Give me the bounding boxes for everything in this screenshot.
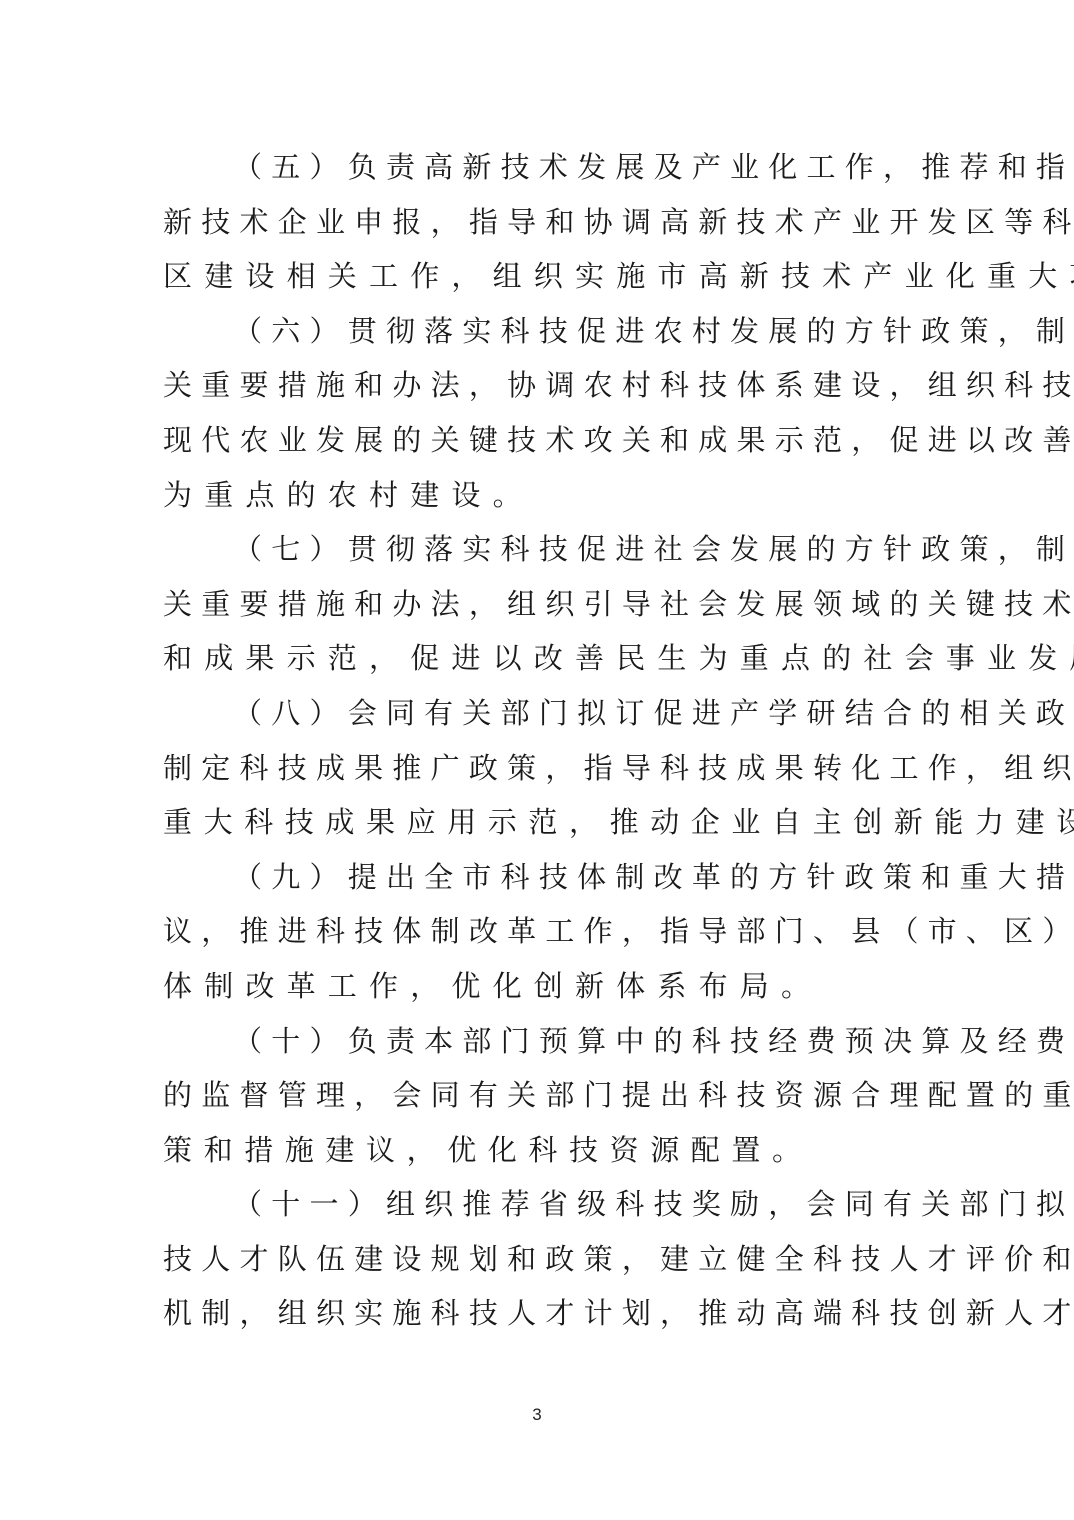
text-line: （ 九 ） 提 出 全 市 科 技 体 制 改 革 的 方 针 政 策 和 重 … xyxy=(163,850,913,905)
text-line: 关 重 要 措 施 和 办 法 ， 组 织 引 导 社 会 发 展 领 域 的 … xyxy=(163,577,913,632)
text-line: （ 五 ） 负 责 高 新 技 术 发 展 及 产 业 化 工 作 ， 推 荐 … xyxy=(163,140,913,195)
paragraph-item-9: （ 九 ） 提 出 全 市 科 技 体 制 改 革 的 方 针 政 策 和 重 … xyxy=(163,850,913,1014)
text-line: 和成果示范，促进以改善民生为重点的社会事业发展。 xyxy=(163,631,913,686)
text-line: 为重点的农村建设。 xyxy=(163,468,913,523)
paragraph-item-10: （ 十 ） 负 责 本 部 门 预 算 中 的 科 技 经 费 预 决 算 及 … xyxy=(163,1014,913,1178)
text-line: 体制改革工作，优化创新体系布局。 xyxy=(163,959,913,1014)
page-number: 3 xyxy=(0,1405,1074,1425)
text-line: （ 八 ） 会 同 有 关 部 门 拟 订 促 进 产 学 研 结 合 的 相 … xyxy=(163,686,913,741)
document-body: （ 五 ） 负 责 高 新 技 术 发 展 及 产 业 化 工 作 ， 推 荐 … xyxy=(163,140,913,1341)
text-line: 的 监 督 管 理 ， 会 同 有 关 部 门 提 出 科 技 资 源 合 理 … xyxy=(163,1068,913,1123)
text-line: （ 十 ） 负 责 本 部 门 预 算 中 的 科 技 经 费 预 决 算 及 … xyxy=(163,1014,913,1069)
text-line: 制 定 科 技 成 果 推 广 政 策 ， 指 导 科 技 成 果 转 化 工 … xyxy=(163,741,913,796)
text-line: 技 人 才 队 伍 建 设 规 划 和 政 策 ， 建 立 健 全 科 技 人 … xyxy=(163,1232,913,1287)
text-line: （ 七 ） 贯 彻 落 实 科 技 促 进 社 会 发 展 的 方 针 政 策 … xyxy=(163,522,913,577)
paragraph-item-8: （ 八 ） 会 同 有 关 部 门 拟 订 促 进 产 学 研 结 合 的 相 … xyxy=(163,686,913,850)
paragraph-item-5: （ 五 ） 负 责 高 新 技 术 发 展 及 产 业 化 工 作 ， 推 荐 … xyxy=(163,140,913,304)
text-line: 现 代 农 业 发 展 的 关 键 技 术 攻 关 和 成 果 示 范 ， 促 … xyxy=(163,413,913,468)
text-line: 议 ， 推 进 科 技 体 制 改 革 工 作 ， 指 导 部 门 、 县 （ … xyxy=(163,904,913,959)
paragraph-item-6: （ 六 ） 贯 彻 落 实 科 技 促 进 农 村 发 展 的 方 针 政 策 … xyxy=(163,304,913,522)
text-line: 策和措施建议，优化科技资源配置。 xyxy=(163,1123,913,1178)
text-line: 新 技 术 企 业 申 报 ， 指 导 和 协 调 高 新 技 术 产 业 开 … xyxy=(163,195,913,250)
text-line: 区建设相关工作，组织实施市高新技术产业化重大项目。 xyxy=(163,249,913,304)
document-page: （ 五 ） 负 责 高 新 技 术 发 展 及 产 业 化 工 作 ， 推 荐 … xyxy=(0,0,1074,1520)
text-line: 机 制 ， 组 织 实 施 科 技 人 才 计 划 ， 推 动 高 端 科 技 … xyxy=(163,1286,913,1341)
text-line: （ 六 ） 贯 彻 落 实 科 技 促 进 农 村 发 展 的 方 针 政 策 … xyxy=(163,304,913,359)
text-line: （ 十 一 ） 组 织 推 荐 省 级 科 技 奖 励 ， 会 同 有 关 部 … xyxy=(163,1177,913,1232)
paragraph-item-11: （ 十 一 ） 组 织 推 荐 省 级 科 技 奖 励 ， 会 同 有 关 部 … xyxy=(163,1177,913,1341)
text-line: 重大科技成果应用示范，推动企业自主创新能力建设。 xyxy=(163,795,913,850)
text-line: 关 重 要 措 施 和 办 法 ， 协 调 农 村 科 技 体 系 建 设 ， … xyxy=(163,358,913,413)
paragraph-item-7: （ 七 ） 贯 彻 落 实 科 技 促 进 社 会 发 展 的 方 针 政 策 … xyxy=(163,522,913,686)
